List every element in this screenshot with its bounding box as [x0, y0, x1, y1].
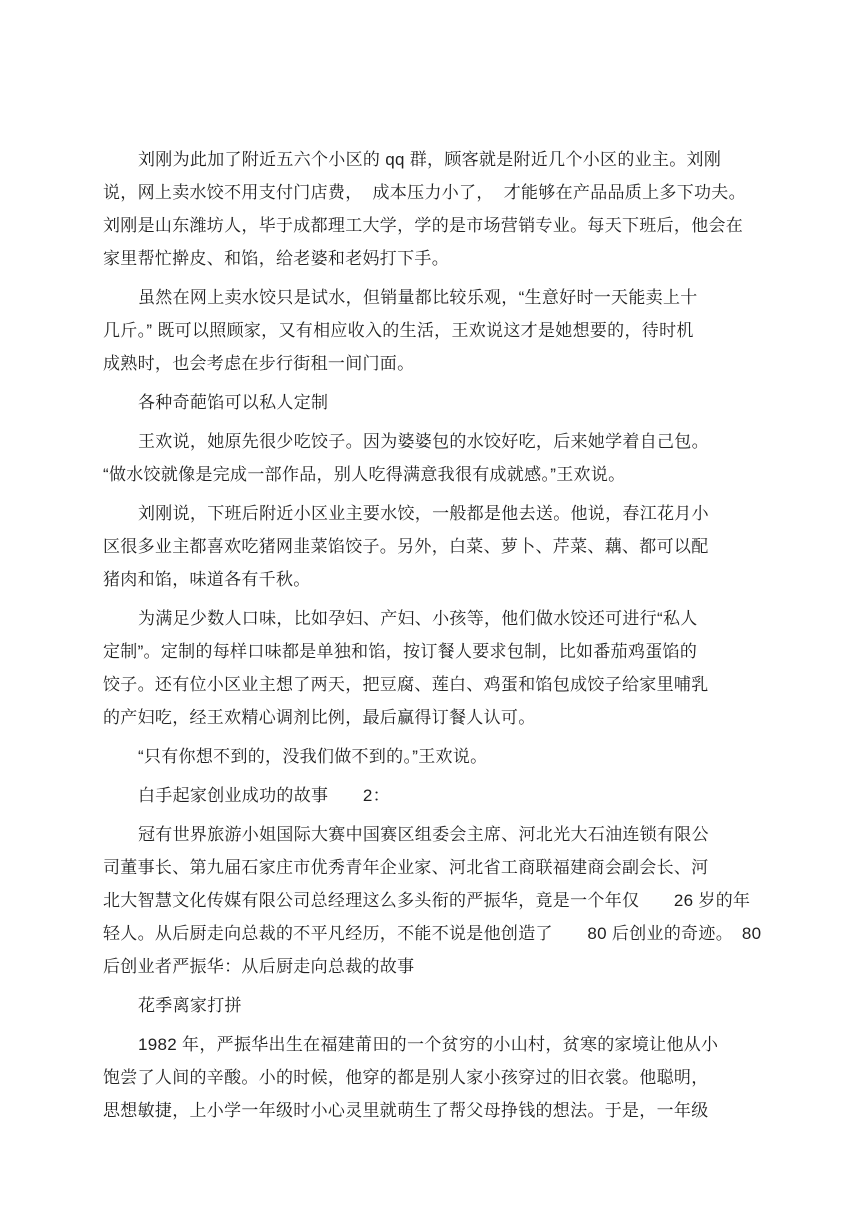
text-line: 刘刚说，下班后附近小区业主要水饺，一般都是他去送。他说，春江花月小	[103, 497, 750, 530]
text-line: 的产妇吃，经王欢精心调剂比例，最后赢得订餐人认可。	[103, 701, 750, 734]
text-line: 各种奇葩馅可以私人定制	[103, 386, 750, 419]
text-line: 冠有世界旅游小姐国际大赛中国赛区组委会主席、河北光大石油连锁有限公	[103, 818, 750, 851]
heading-3: 各种奇葩馅可以私人定制	[103, 386, 750, 419]
text-line: 饱尝了人间的辛酸。小的时候，他穿的都是别人家小孩穿过的旧衣裳。他聪明，	[103, 1061, 750, 1094]
text-line: 成熟时，也会考虑在步行街租一间门面。	[103, 347, 750, 380]
text-line: 北大智慧文化传媒有限公司总经理这么多头衔的严振华，竟是一个年仅 26 岁的年	[103, 884, 750, 917]
text-line: 家里帮忙擀皮、和馅，给老婆和老妈打下手。	[103, 242, 750, 275]
paragraph-7: “只有你想不到的，没我们做不到的。”王欢说。	[103, 740, 750, 773]
paragraph-2: 虽然在网上卖水饺只是试水，但销量都比较乐观，“生意好时一天能卖上十几斤。” 既可…	[103, 281, 750, 380]
text-line: 思想敏捷，上小学一年级时小心灵里就萌生了帮父母挣钱的想法。于是，一年级	[103, 1094, 750, 1127]
text-line: 饺子。还有位小区业主想了两天，把豆腐、莲白、鸡蛋和馅包成饺子给家里哺乳	[103, 668, 750, 701]
text-line: 王欢说，她原先很少吃饺子。因为婆婆包的水饺好吃，后来她学着自己包。	[103, 425, 750, 458]
paragraph-1: 刘刚为此加了附近五六个小区的 qq 群，顾客就是附近几个小区的业主。刘刚说，网上…	[103, 143, 750, 275]
text-line: “做水饺就像是完成一部作品，别人吃得满意我很有成就感。”王欢说。	[103, 458, 750, 491]
text-line: 刘刚是山东潍坊人，毕于成都理工大学，学的是市场营销专业。每天下班后，他会在	[103, 209, 750, 242]
text-line: 白手起家创业成功的故事 2：	[103, 779, 750, 812]
document-page: 刘刚为此加了附近五六个小区的 qq 群，顾客就是附近几个小区的业主。刘刚说，网上…	[0, 0, 860, 1218]
text-line: 轻人。从后厨走向总裁的不平凡经历，不能不说是他创造了 80 后创业的奇迹。 80	[103, 917, 750, 950]
document-content: 刘刚为此加了附近五六个小区的 qq 群，顾客就是附近几个小区的业主。刘刚说，网上…	[103, 143, 750, 1127]
text-line: 定制”。定制的每样口味都是单独和馅，按订餐人要求包制，比如番茄鸡蛋馅的	[103, 635, 750, 668]
heading-8: 白手起家创业成功的故事 2：	[103, 779, 750, 812]
text-line: 1982 年，严振华出生在福建莆田的一个贫穷的小山村，贫寒的家境让他从小	[103, 1028, 750, 1061]
paragraph-9: 冠有世界旅游小姐国际大赛中国赛区组委会主席、河北光大石油连锁有限公司董事长、第九…	[103, 818, 750, 983]
paragraph-11: 1982 年，严振华出生在福建莆田的一个贫穷的小山村，贫寒的家境让他从小饱尝了人…	[103, 1028, 750, 1127]
paragraph-5: 刘刚说，下班后附近小区业主要水饺，一般都是他去送。他说，春江花月小区很多业主都喜…	[103, 497, 750, 596]
text-line: 花季离家打拼	[103, 989, 750, 1022]
paragraph-4: 王欢说，她原先很少吃饺子。因为婆婆包的水饺好吃，后来她学着自己包。“做水饺就像是…	[103, 425, 750, 491]
text-line: 后创业者严振华：从后厨走向总裁的故事	[103, 950, 750, 983]
text-line: 区很多业主都喜欢吃猪网韭菜馅饺子。另外，白菜、萝卜、芹菜、藕、都可以配	[103, 530, 750, 563]
text-line: 司董事长、第九届石家庄市优秀青年企业家、河北省工商联福建商会副会长、河	[103, 851, 750, 884]
text-line: 说，网上卖水饺不用支付门店费， 成本压力小了， 才能够在产品品质上多下功夫。	[103, 176, 750, 209]
text-line: 猪肉和馅，味道各有千秋。	[103, 563, 750, 596]
text-line: 几斤。” 既可以照顾家，又有相应收入的生活，王欢说这才是她想要的，待时机	[103, 314, 750, 347]
text-line: 刘刚为此加了附近五六个小区的 qq 群，顾客就是附近几个小区的业主。刘刚	[103, 143, 750, 176]
text-line: 为满足少数人口味，比如孕妇、产妇、小孩等，他们做水饺还可进行“私人	[103, 602, 750, 635]
text-line: 虽然在网上卖水饺只是试水，但销量都比较乐观，“生意好时一天能卖上十	[103, 281, 750, 314]
paragraph-6: 为满足少数人口味，比如孕妇、产妇、小孩等，他们做水饺还可进行“私人定制”。定制的…	[103, 602, 750, 734]
text-line: “只有你想不到的，没我们做不到的。”王欢说。	[103, 740, 750, 773]
heading-10: 花季离家打拼	[103, 989, 750, 1022]
